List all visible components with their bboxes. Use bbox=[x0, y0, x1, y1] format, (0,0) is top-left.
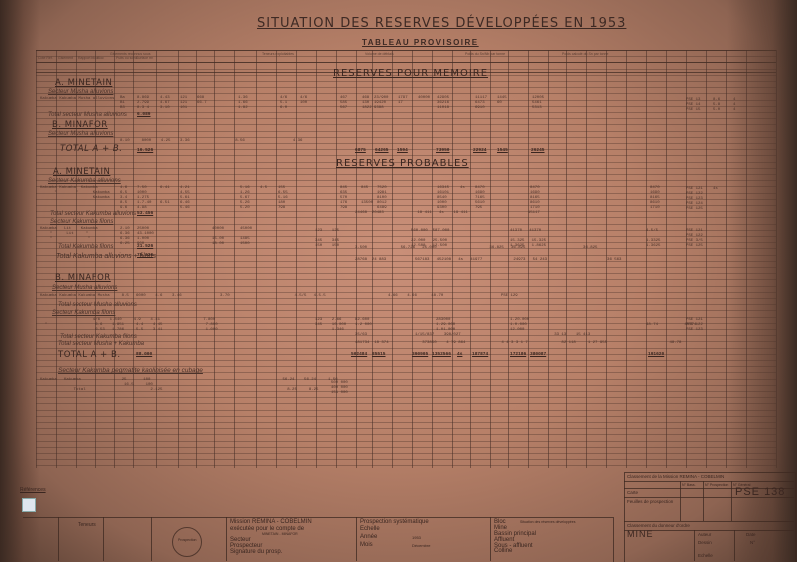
sector-heading: Secteur Kakumba filons bbox=[52, 310, 115, 316]
dessin-label: Dessin bbox=[698, 540, 712, 545]
subtotal-value: 6.089 bbox=[137, 112, 151, 117]
group-heading: A. MINETAIN bbox=[55, 78, 112, 88]
mine-value: MINE bbox=[627, 529, 654, 539]
date-label: Date bbox=[746, 532, 756, 537]
prospection-circle-icon bbox=[172, 527, 202, 557]
totals-cell: 22924 bbox=[473, 148, 487, 153]
totals-cell: 502484 bbox=[351, 352, 367, 357]
totals-cell: 172186 bbox=[510, 352, 526, 357]
group-heading: A. MINETAIN bbox=[53, 167, 110, 177]
references-label: Références bbox=[20, 487, 46, 493]
column-header: Cote Réf. bbox=[38, 56, 53, 60]
subtotal-label: Total secteur Musha alluvions bbox=[58, 302, 137, 308]
note-heading: Secteur Kakumba pegmatite kaolinisée en … bbox=[58, 367, 203, 374]
column-header: Surface m² bbox=[136, 56, 153, 60]
subtotal-label: Total Kakumba filons bbox=[58, 244, 113, 250]
sector-heading: Secteur Musha alluvions bbox=[48, 131, 113, 137]
bloc-value: Situation des réserves développées bbox=[520, 520, 575, 524]
section-heading-reserves-memoire: RESERVES POUR MEMOIRE bbox=[333, 68, 488, 79]
subtotal-label: Total secteur Musha alluvions bbox=[48, 112, 127, 118]
auteur-label: Auteur bbox=[698, 532, 711, 537]
subtotal-value: 53.456 bbox=[137, 211, 153, 216]
echelle-label: Echelle bbox=[360, 526, 380, 532]
sector-heading: Secteur Kakumba alluvions bbox=[48, 178, 121, 184]
column-group-header: Teneurs exploitables bbox=[262, 52, 294, 56]
total-value: 16.526 bbox=[137, 148, 153, 153]
echelle2-label: Echelle bbox=[698, 553, 713, 558]
totals-cell: 191620 bbox=[648, 352, 664, 357]
circle-label: Prospection bbox=[178, 538, 196, 542]
grand-total-label: TOTAL A + B. bbox=[58, 350, 121, 360]
totals-cell: 187874 bbox=[472, 352, 488, 357]
total-value: 75.626 bbox=[137, 253, 153, 258]
totals-cell: 6875 bbox=[355, 148, 366, 153]
colline-label: Colline bbox=[494, 548, 512, 554]
classement-label: Classement de la Mission REMINA - COBELM… bbox=[627, 474, 724, 479]
sector-heading: Secteur Musha alluvions bbox=[52, 285, 117, 291]
scanned-document: SITUATION DES RESERVES DÉVELOPPÉES EN 19… bbox=[0, 0, 797, 562]
column-header: Puits ou sond. bbox=[116, 56, 138, 60]
annee-value: 1953 bbox=[412, 535, 421, 540]
column-header: Gisement bbox=[58, 56, 73, 60]
mission-label: Mission REMINA - COBELMIN bbox=[230, 519, 312, 525]
annee-label: Année bbox=[360, 534, 377, 540]
totals-cell: 390905 bbox=[412, 352, 428, 357]
col-header: N° Bass. bbox=[682, 483, 696, 487]
carte-label: Carte bbox=[627, 490, 638, 495]
library-stamp bbox=[22, 498, 36, 512]
sector-heading: Secteur Musha alluvions bbox=[48, 89, 113, 95]
column-header: Rapport bloc bbox=[78, 56, 98, 60]
totals-cell: 1545 bbox=[497, 148, 508, 153]
totals-cell: 1352566 bbox=[432, 352, 451, 357]
totals-cell: 4s bbox=[457, 352, 462, 357]
totals-cell: 85515 bbox=[372, 352, 386, 357]
document-title: SITUATION DES RESERVES DÉVELOPPÉES EN 19… bbox=[257, 16, 626, 31]
client-value: MINETAIN - MINAFOR bbox=[262, 532, 298, 536]
total-label: Total secteur Musha + Kakumba bbox=[58, 341, 144, 347]
grand-total-value: 88.000 bbox=[136, 352, 152, 357]
column-group-header: Volume de déblais bbox=[365, 52, 394, 56]
number-label: N° bbox=[750, 540, 755, 545]
document-subtitle: TABLEAU PROVISOIRE bbox=[362, 38, 479, 47]
totals-cell: 73950 bbox=[436, 148, 450, 153]
total-label: TOTAL A + B. bbox=[60, 144, 122, 154]
prospection-label: Prospection systématique bbox=[360, 519, 429, 525]
group-heading: B. MINAFOR bbox=[55, 273, 111, 283]
signature-label: Signature du prosp. bbox=[230, 549, 282, 555]
totals-cell: 26245 bbox=[531, 148, 545, 153]
sector-heading: Secteur Kakumba filons bbox=[50, 219, 113, 225]
section-heading-reserves-probables: RESERVES PROBABLES bbox=[336, 158, 469, 169]
totals-cell: 1594 bbox=[397, 148, 408, 153]
subtotal-label: Total secteur Kakumba filons bbox=[60, 334, 137, 340]
col-header: N° Prospection bbox=[705, 483, 728, 487]
legend-label: Teneurs bbox=[78, 522, 96, 528]
classement-donneur-label: Classement du donneur d'ordre bbox=[627, 523, 690, 528]
subtotal-value: 21.526 bbox=[137, 244, 153, 249]
mois-label: Mois bbox=[360, 542, 373, 548]
totals-cell: 380087 bbox=[530, 352, 546, 357]
column-header: Bloc bbox=[97, 56, 104, 60]
subtotal-label: Total secteur Kakumba alluvions bbox=[50, 211, 136, 217]
group-heading: B. MINAFOR bbox=[52, 120, 108, 130]
feuilles-label: Feuilles de prospection bbox=[627, 499, 673, 504]
totals-cell: 64265 bbox=[375, 148, 389, 153]
column-group-header: Poids du Sn/Nb par tonne bbox=[465, 52, 505, 56]
mois-value: Décembre bbox=[412, 543, 430, 548]
column-group-header: Poids calculé du Sn par tonne bbox=[562, 52, 609, 56]
